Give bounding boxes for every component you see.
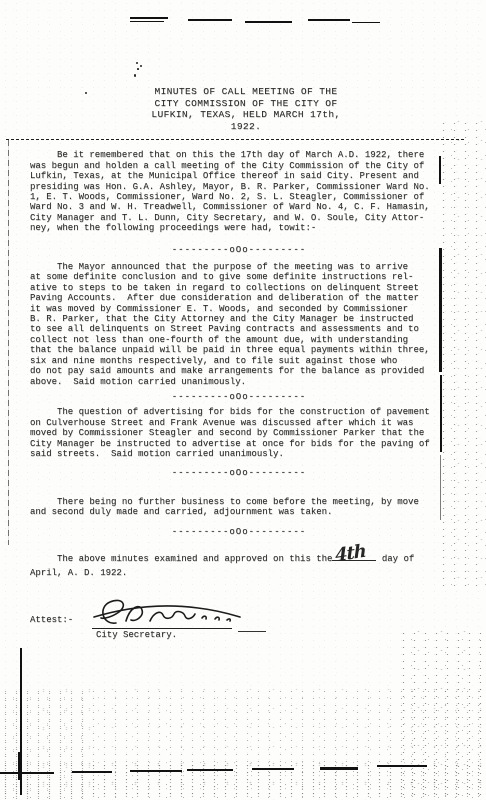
scan-noise bbox=[0, 762, 486, 800]
header-divider bbox=[6, 139, 464, 140]
scanned-document-page: MINUTES OF CALL MEETING OF THE CITY COMM… bbox=[0, 0, 486, 800]
signature-rule bbox=[238, 631, 266, 632]
scan-artifact-bottom-edge bbox=[130, 770, 182, 772]
scan-noise bbox=[0, 690, 90, 800]
document-title: MINUTES OF CALL MEETING OF THE CITY COMM… bbox=[30, 86, 448, 132]
city-secretary-title: City Secretary. bbox=[96, 630, 177, 640]
paragraph-advertising-motion: The question of advertising for bids for… bbox=[30, 407, 448, 459]
scan-artifact-bottom-edge bbox=[0, 772, 54, 774]
signature-block: City Secretary. bbox=[88, 595, 268, 635]
scan-artifact-bottom-edge bbox=[320, 767, 358, 770]
scan-artifact-ink-blob bbox=[18, 752, 22, 780]
scan-artifact-left-line bbox=[8, 140, 9, 545]
scan-artifact-bottom-edge bbox=[377, 765, 427, 767]
paragraph-collections-motion: The Mayor announced that the purpose of … bbox=[30, 262, 448, 387]
section-separator: ---------oOo--------- bbox=[30, 468, 448, 478]
section-separator: ---------oOo--------- bbox=[30, 245, 448, 255]
handwritten-day-blank: 4th bbox=[332, 549, 376, 561]
section-separator: ---------oOo--------- bbox=[30, 527, 448, 537]
section-separator: ---------oOo--------- bbox=[30, 392, 448, 402]
attest-block: Attest:- City Secretary. bbox=[30, 609, 448, 669]
document-body: MINUTES OF CALL MEETING OF THE CITY COMM… bbox=[30, 0, 448, 669]
city-secretary-signature-icon bbox=[88, 595, 268, 635]
attest-label: Attest:- bbox=[30, 615, 73, 625]
scan-artifact-bottom-edge bbox=[72, 771, 112, 773]
scan-noise bbox=[0, 688, 486, 800]
approval-date-line: April, A. D. 1922. bbox=[30, 568, 448, 579]
handwritten-day: 4th bbox=[335, 543, 367, 566]
paragraph-adjournment: There being no further business to come … bbox=[30, 497, 448, 518]
scan-artifact-bottom-edge bbox=[252, 768, 294, 770]
approval-statement: The above minutes examined and approved … bbox=[30, 549, 448, 579]
scan-artifact-bottom-edge bbox=[187, 769, 233, 771]
approval-text-suffix: day of bbox=[376, 554, 414, 564]
approval-text-prefix: The above minutes examined and approved … bbox=[30, 554, 332, 564]
signature-rule bbox=[92, 628, 232, 629]
paragraph-opening: Be it remembered that on this the 17th d… bbox=[30, 150, 448, 233]
